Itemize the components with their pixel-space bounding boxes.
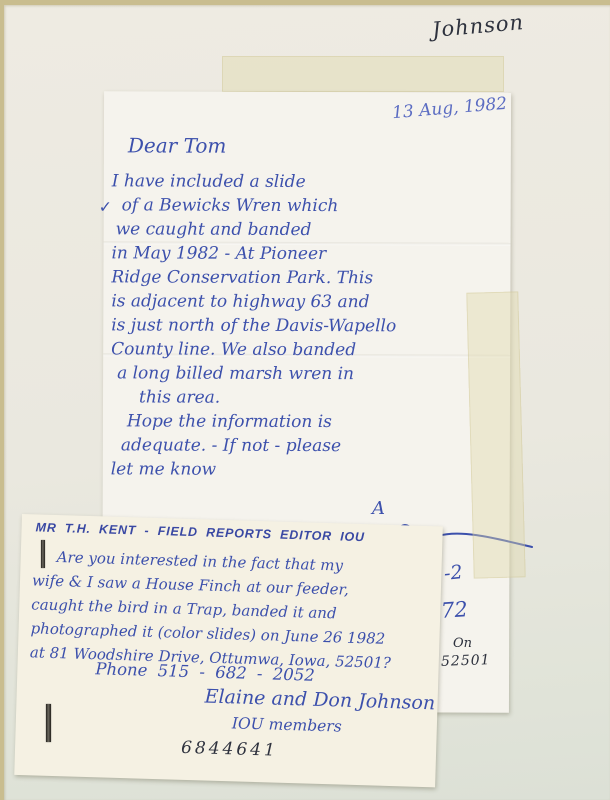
hidden-text-fragment: 72 [440, 597, 468, 623]
tape-strip-top [222, 56, 504, 92]
letter-body: ✓ I have included a slide of a Bewicks W… [111, 169, 397, 482]
hidden-text-fragment: -2 [443, 561, 464, 585]
letter-line: adequate. - If not - please [111, 433, 396, 458]
letter-line: a long billed marsh wren in [111, 361, 396, 386]
card-membership: IOU members [232, 714, 342, 735]
hidden-signature-fragment: A [372, 498, 385, 519]
hidden-text-fragment: On [453, 636, 472, 651]
letter-line: in May 1982 - At Pioneer [111, 241, 396, 266]
letter-date: 13 Aug, 1982 [391, 94, 507, 124]
letter-line: is just north of the Davis-Wapello [111, 313, 396, 338]
letter-line: this area. [111, 385, 396, 410]
card-signature: Elaine and Don Johnson [204, 686, 435, 715]
tape-strip-right [466, 291, 525, 578]
letter-line: is adjacent to highway 63 and [111, 289, 396, 314]
card-band-number: 6844641 [181, 738, 278, 761]
letter-line: Hope the information is [111, 409, 396, 434]
letter-line: I have included a slide [112, 169, 397, 194]
margin-check-mark: ✓ [99, 195, 112, 219]
letter-line: County line. We also banded [111, 337, 396, 362]
letter-line: of a Bewicks Wren which [112, 193, 397, 218]
staple-top [41, 540, 45, 568]
card-body: Are you interested in the fact that my w… [30, 544, 395, 675]
letter-line: we caught and banded [112, 217, 397, 242]
hidden-zip-fragment: 52501 [441, 652, 491, 670]
letter-line: Ridge Conservation Park. This [111, 265, 396, 290]
card-header-address: MR T.H. KENT - FIELD REPORTS EDITOR IOU [35, 520, 365, 544]
letter-salutation: Dear Tom [128, 133, 227, 157]
staple-bottom [46, 704, 51, 742]
note-card: MR T.H. KENT - FIELD REPORTS EDITOR IOU … [14, 514, 443, 787]
letter-line: let me know [111, 457, 396, 482]
